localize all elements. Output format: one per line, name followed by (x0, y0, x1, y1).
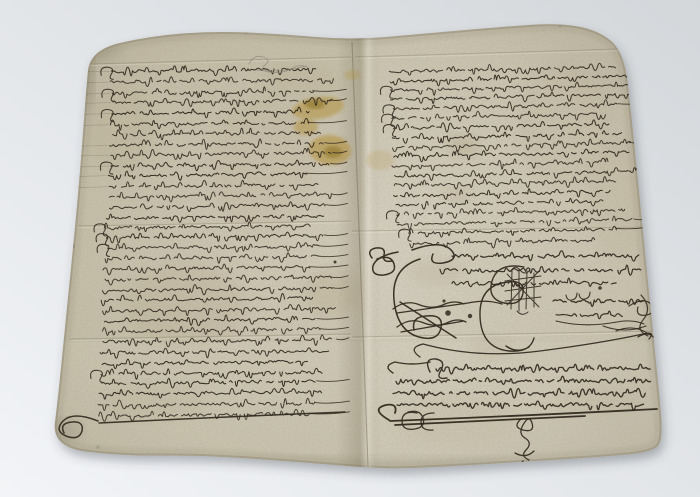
ink-blot (445, 310, 451, 316)
tan-stain (366, 150, 394, 170)
tan-stain (344, 70, 360, 80)
ink-blot (598, 286, 602, 290)
edge-speck (559, 25, 561, 27)
edge-speck (97, 446, 100, 449)
manuscript-scene (0, 0, 700, 497)
document-sheet (38, 10, 680, 480)
ink-blot (468, 314, 472, 318)
ink-blot (334, 261, 337, 264)
manuscript-photograph: Photograph of an antique handwritten man… (0, 0, 700, 497)
ink-blot (442, 299, 445, 302)
